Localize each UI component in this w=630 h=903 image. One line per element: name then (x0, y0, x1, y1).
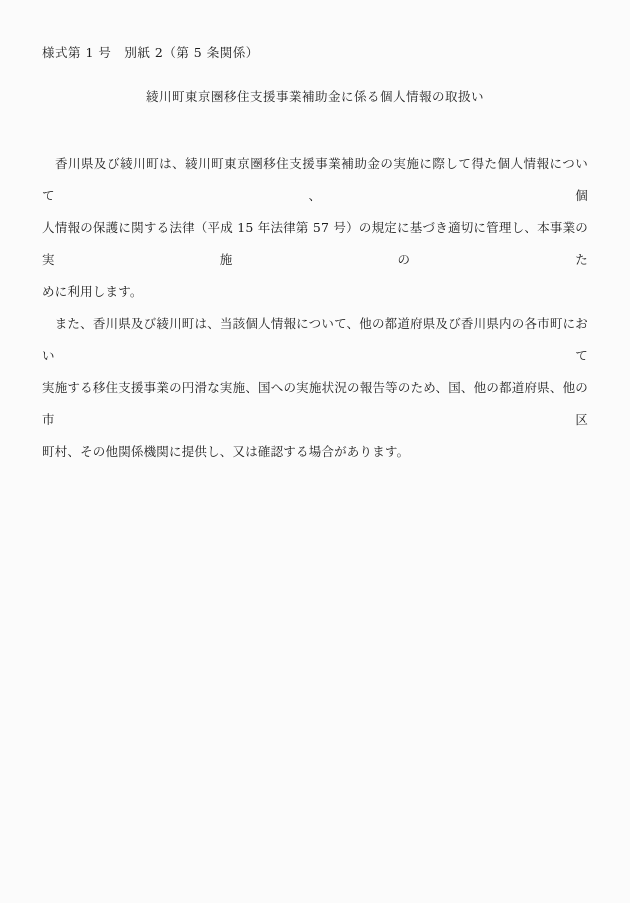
document-page: 様式第 1 号 別紙 2（第 5 条関係） 綾川町東京圏移住支援事業補助金に係る… (0, 0, 630, 903)
document-title: 綾川町東京圏移住支援事業補助金に係る個人情報の取扱い (42, 88, 588, 106)
paragraph-1-line-2: 人情報の保護に関する法律（平成 15 年法律第 57 号）の規定に基づき適切に管… (42, 212, 588, 276)
document-body: 香川県及び綾川町は、綾川町東京圏移住支援事業補助金の実施に際して得た個人情報につ… (42, 148, 588, 468)
paragraph-1-line-1: 香川県及び綾川町は、綾川町東京圏移住支援事業補助金の実施に際して得た個人情報につ… (42, 148, 588, 212)
paragraph-1-line-3: めに利用します。 (42, 276, 588, 308)
paragraph-2-line-3: 町村、その他関係機関に提供し、又は確認する場合があります。 (42, 436, 588, 468)
form-number-label: 様式第 1 号 別紙 2（第 5 条関係） (42, 44, 588, 62)
paragraph-1: 香川県及び綾川町は、綾川町東京圏移住支援事業補助金の実施に際して得た個人情報につ… (42, 148, 588, 308)
paragraph-2-line-2: 実施する移住支援事業の円滑な実施、国への実施状況の報告等のため、国、他の都道府県… (42, 372, 588, 436)
paragraph-2-line-1: また、香川県及び綾川町は、当該個人情報について、他の都道府県及び香川県内の各市町… (42, 308, 588, 372)
paragraph-2: また、香川県及び綾川町は、当該個人情報について、他の都道府県及び香川県内の各市町… (42, 308, 588, 468)
